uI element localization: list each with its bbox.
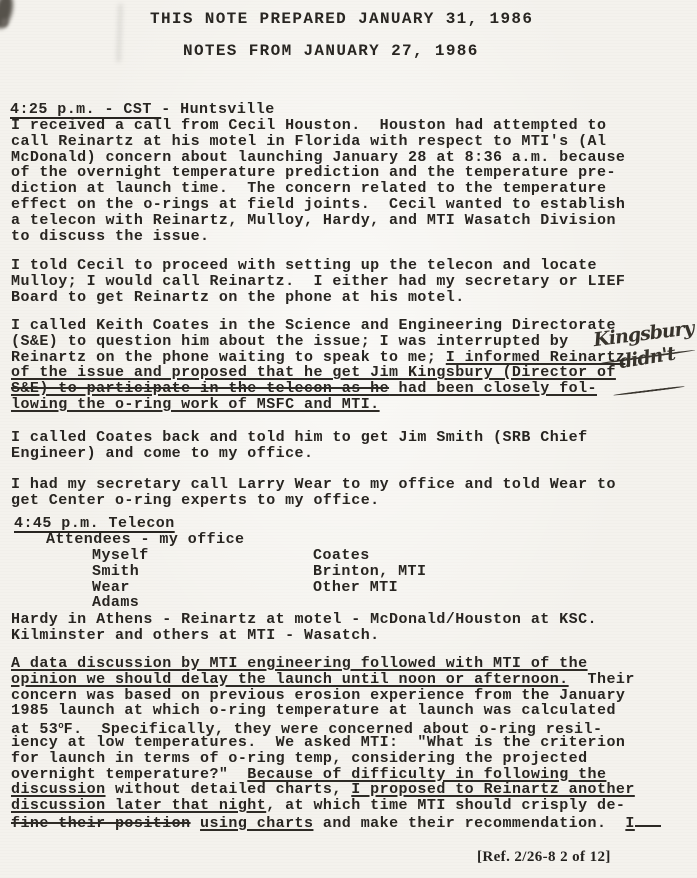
text-segment: Their: [569, 671, 635, 688]
text-segment: NOTES FROM JANUARY 27, 1986: [183, 42, 479, 60]
text-segment: Brinton, MTI: [313, 564, 426, 580]
paragraph-6: A data discussion by MTI engineering fol…: [11, 656, 661, 830]
doc-line: opinion we should delay the launch until…: [11, 672, 661, 688]
doc-line: Attendees - my office: [46, 532, 244, 548]
text-segment: , at which time MTI should crisply de-: [266, 797, 625, 814]
doc-line: Mulloy; I would call Reinartz. I either …: [11, 274, 625, 290]
text-segment: fine their position: [11, 815, 191, 832]
text-segment: Smith: [92, 563, 139, 580]
handwritten-word: didn't: [618, 343, 697, 371]
text-segment: [191, 815, 200, 832]
doc-line: I called Coates back and told him to get…: [11, 430, 588, 446]
underlined-text: I: [625, 815, 634, 832]
text-segment: concern was based on previous erosion ex…: [11, 687, 625, 704]
text-segment: Engineer) and come to my office.: [11, 445, 313, 462]
text-segment: Myself: [92, 547, 149, 564]
underlined-text: discussion: [11, 781, 106, 798]
underlined-text: discussion later that night: [11, 797, 266, 814]
text-segment: get Center o-ring experts to my office.: [11, 492, 380, 509]
text-segment: McDonald) concern about launching Januar…: [11, 149, 625, 166]
text-segment: Other MTI: [313, 580, 398, 596]
text-segment: to discuss the issue.: [11, 228, 209, 245]
paragraph-4: I called Coates back and told him to get…: [11, 430, 588, 462]
doc-line: Kilminster and others at MTI - Wasatch.: [11, 628, 597, 644]
text-segment: I told Cecil to proceed with setting up …: [11, 257, 597, 274]
text-segment: Hardy in Athens - Reinartz at motel - Mc…: [11, 611, 597, 628]
hand-rule: [635, 814, 661, 827]
doc-line: get Center o-ring experts to my office.: [11, 493, 616, 509]
underlined-text: had been closely fol-: [389, 380, 597, 397]
underlined-text: opinion we should delay the launch until…: [11, 671, 569, 688]
doc-line: overnight temperature?" Because of diffi…: [11, 767, 661, 783]
underlined-text: I informed Reinartz: [446, 349, 626, 366]
text-segment: (S&E) to question him about the issue; I…: [11, 333, 569, 350]
doc-line: fine their position using charts and mak…: [11, 814, 661, 830]
paragraph-2: I told Cecil to proceed with setting up …: [11, 258, 625, 305]
doc-line: discussion without detailed charts, I pr…: [11, 782, 661, 798]
title-1: THIS NOTE PREPARED JANUARY 31, 1986: [150, 12, 533, 28]
text-segment: effect on the o-rings at field joints. C…: [11, 196, 625, 213]
doc-line: I received a call from Cecil Houston. Ho…: [11, 118, 625, 134]
doc-line: THIS NOTE PREPARED JANUARY 31, 1986: [150, 12, 533, 28]
underlined-text: 4:25 p.m. - CST: [10, 101, 161, 118]
doc-line: A data discussion by MTI engineering fol…: [11, 656, 661, 672]
underlined-text: of the issue and proposed that he get Ji…: [11, 364, 616, 381]
attendees-label: Attendees - my office: [46, 532, 244, 548]
doc-line: diction at launch time. The concern rela…: [11, 181, 625, 197]
doc-line: Board to get Reinartz on the phone at hi…: [11, 290, 625, 306]
underlined-text: A data discussion by MTI engineering fol…: [11, 655, 588, 672]
doc-line: S&E) to participate in the telecon as he…: [11, 381, 625, 397]
underlined-text: S&E) to participate in the telecon as he: [11, 380, 389, 397]
text-segment: THIS NOTE PREPARED JANUARY 31, 1986: [150, 10, 533, 28]
text-segment: a telecon with Reinartz, Mulloy, Hardy, …: [11, 212, 616, 229]
doc-line: I called Keith Coates in the Science and…: [11, 318, 625, 334]
title-2: NOTES FROM JANUARY 27, 1986: [183, 44, 479, 60]
text-segment: I called Keith Coates in the Science and…: [11, 317, 616, 334]
doc-line: Reinartz on the phone waiting to speak t…: [11, 350, 625, 366]
doc-line: 4:45 p.m. Telecon: [14, 516, 175, 532]
text-segment: overnight temperature?": [11, 766, 247, 783]
doc-line: discussion later that night, at which ti…: [11, 798, 661, 814]
underlined-text: lowing the o-ring work of MSFC and MTI.: [11, 396, 380, 413]
doc-line: MyselfCoates: [92, 548, 149, 564]
text-segment: Mulloy; I would call Reinartz. I either …: [11, 273, 625, 290]
text-segment: 1985 launch at which o-ring temperature …: [11, 702, 616, 719]
text-segment: I called Coates back and told him to get…: [11, 429, 588, 446]
text-segment: Board to get Reinartz on the phone at hi…: [11, 289, 465, 306]
doc-line: of the issue and proposed that he get Ji…: [11, 365, 625, 381]
text-segment: for launch in terms of o-ring temp, cons…: [11, 750, 588, 767]
doc-line: to discuss the issue.: [11, 229, 625, 245]
doc-line: call Reinartz at his motel in Florida wi…: [11, 134, 625, 150]
doc-line: I told Cecil to proceed with setting up …: [11, 258, 625, 274]
doc-line: 4:25 p.m. - CST - Huntsville: [10, 102, 275, 118]
underlined-text: 4:45 p.m. Telecon: [14, 515, 175, 532]
underlined-text: I proposed to Reinartz another: [351, 781, 635, 798]
doc-line: effect on the o-rings at field joints. C…: [11, 197, 625, 213]
text-segment: call Reinartz at his motel in Florida wi…: [11, 133, 606, 150]
text-segment: - Huntsville: [161, 101, 274, 118]
scan-smudge: [116, 4, 123, 62]
doc-line: lowing the o-ring work of MSFC and MTI.: [11, 397, 625, 413]
text-segment: Kilminster and others at MTI - Wasatch.: [11, 627, 380, 644]
doc-line: Adams: [92, 595, 149, 611]
text-segment: of the overnight temperature prediction …: [11, 164, 616, 181]
text-segment: and make their recommendation.: [313, 815, 625, 832]
doc-line: SmithBrinton, MTI: [92, 564, 149, 580]
doc-line: iency at low temperatures. We asked MTI:…: [11, 735, 661, 751]
telecon-heading: 4:45 p.m. Telecon: [14, 516, 175, 532]
location-lines: Hardy in Athens - Reinartz at motel - Mc…: [11, 612, 597, 644]
doc-line: Hardy in Athens - Reinartz at motel - Mc…: [11, 612, 597, 628]
doc-line: WearOther MTI: [92, 580, 149, 596]
doc-line: Engineer) and come to my office.: [11, 446, 588, 462]
text-segment: Reinartz on the phone waiting to speak t…: [11, 349, 446, 366]
doc-line: McDonald) concern about launching Januar…: [11, 150, 625, 166]
reference-label: [Ref. 2/26-8 2 of 12]: [477, 850, 611, 866]
text-segment: I received a call from Cecil Houston. Ho…: [11, 117, 606, 134]
text-segment: Coates: [313, 548, 370, 564]
text-segment: Attendees - my office: [46, 531, 244, 548]
doc-line: for launch in terms of o-ring temp, cons…: [11, 751, 661, 767]
doc-line: at 53oF. Specifically, they were concern…: [11, 719, 661, 735]
text-segment: I had my secretary call Larry Wear to my…: [11, 476, 616, 493]
doc-line: 1985 launch at which o-ring temperature …: [11, 703, 661, 719]
text-segment: iency at low temperatures. We asked MTI:…: [11, 734, 625, 751]
text-segment: Adams: [92, 594, 139, 611]
paragraph-5: I had my secretary call Larry Wear to my…: [11, 477, 616, 509]
text-segment: Wear: [92, 579, 130, 596]
text-segment: without detailed charts,: [106, 781, 352, 798]
doc-line: (S&E) to question him about the issue; I…: [11, 334, 625, 350]
doc-line: I had my secretary call Larry Wear to my…: [11, 477, 616, 493]
doc-line: a telecon with Reinartz, Mulloy, Hardy, …: [11, 213, 625, 229]
paragraph-3: I called Keith Coates in the Science and…: [11, 318, 625, 413]
underlined-text: Because of difficulty in following the: [247, 766, 606, 783]
attendees-table: MyselfCoatesSmithBrinton, MTIWearOther M…: [92, 548, 149, 611]
underlined-text: using charts: [200, 815, 313, 832]
paragraph-1: I received a call from Cecil Houston. Ho…: [11, 118, 625, 244]
doc-line: NOTES FROM JANUARY 27, 1986: [183, 44, 479, 60]
document-page: Kingsbury didn't [Ref. 2/26-8 2 of 12] T…: [0, 0, 697, 878]
doc-line: of the overnight temperature prediction …: [11, 165, 625, 181]
text-segment: diction at launch time. The concern rela…: [11, 180, 606, 197]
section-heading-425: 4:25 p.m. - CST - Huntsville: [10, 102, 275, 118]
doc-line: concern was based on previous erosion ex…: [11, 688, 661, 704]
scan-smudge: [1, 18, 8, 27]
